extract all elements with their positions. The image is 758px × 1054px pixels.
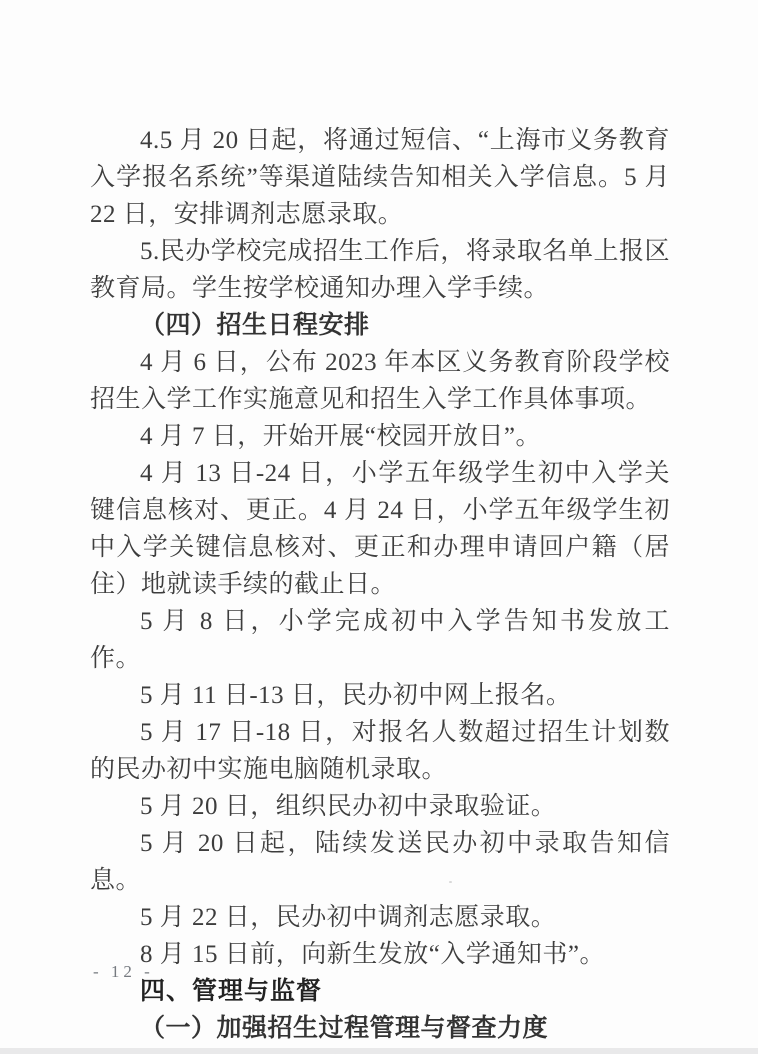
paragraph-schedule-may-17-18: 5 月 17 日-18 日，对报名人数超过招生计划数的民办初中实施电脑随机录取。 [90,714,670,788]
paragraph-schedule-apr-13-24: 4 月 13 日-24 日，小学五年级学生初中入学关键信息核对、更正。4 月 2… [90,455,670,603]
paragraph-schedule-may-20: 5 月 20 日，组织民办初中录取验证。 [90,788,670,825]
subsection-heading-supervision: （一）加强招生过程管理与督查力度 [90,1010,670,1047]
paragraph-schedule-aug-15: 8 月 15 日前，向新生发放“入学通知书”。 [90,936,670,973]
document-text-block: 4.5 月 20 日起，将通过短信、“上海市义务教育入学报名系统”等渠道陆续告知… [90,122,670,1047]
page-number: - 12 - [93,962,154,982]
paragraph-schedule-may-11-13: 5 月 11 日-13 日，民办初中网上报名。 [90,677,670,714]
paragraph-item-4-notice: 4.5 月 20 日起，将通过短信、“上海市义务教育入学报名系统”等渠道陆续告知… [90,122,670,233]
paragraph-schedule-may-22: 5 月 22 日，民办初中调剂志愿录取。 [90,899,670,936]
scan-speck [402,1024,404,1026]
paragraph-schedule-apr-6: 4 月 6 日，公布 2023 年本区义务教育阶段学校招生入学工作实施意见和招生… [90,344,670,418]
paragraph-schedule-may-8: 5 月 8 日，小学完成初中入学告知书发放工作。 [90,603,670,677]
scan-speck [449,881,452,883]
paragraph-schedule-may-20-onward: 5 月 20 日起，陆续发送民办初中录取告知信息。 [90,825,670,899]
subsection-heading-schedule: （四）招生日程安排 [90,307,670,344]
paragraph-schedule-apr-7: 4 月 7 日，开始开展“校园开放日”。 [90,418,670,455]
section-heading-management: 四、管理与监督 [90,973,670,1010]
paragraph-item-5-private-schools: 5.民办学校完成招生工作后，将录取名单上报区教育局。学生按学校通知办理入学手续。 [90,233,670,307]
document-page: 4.5 月 20 日起，将通过短信、“上海市义务教育入学报名系统”等渠道陆续告知… [0,0,758,1054]
scan-bottom-edge [0,1048,758,1054]
